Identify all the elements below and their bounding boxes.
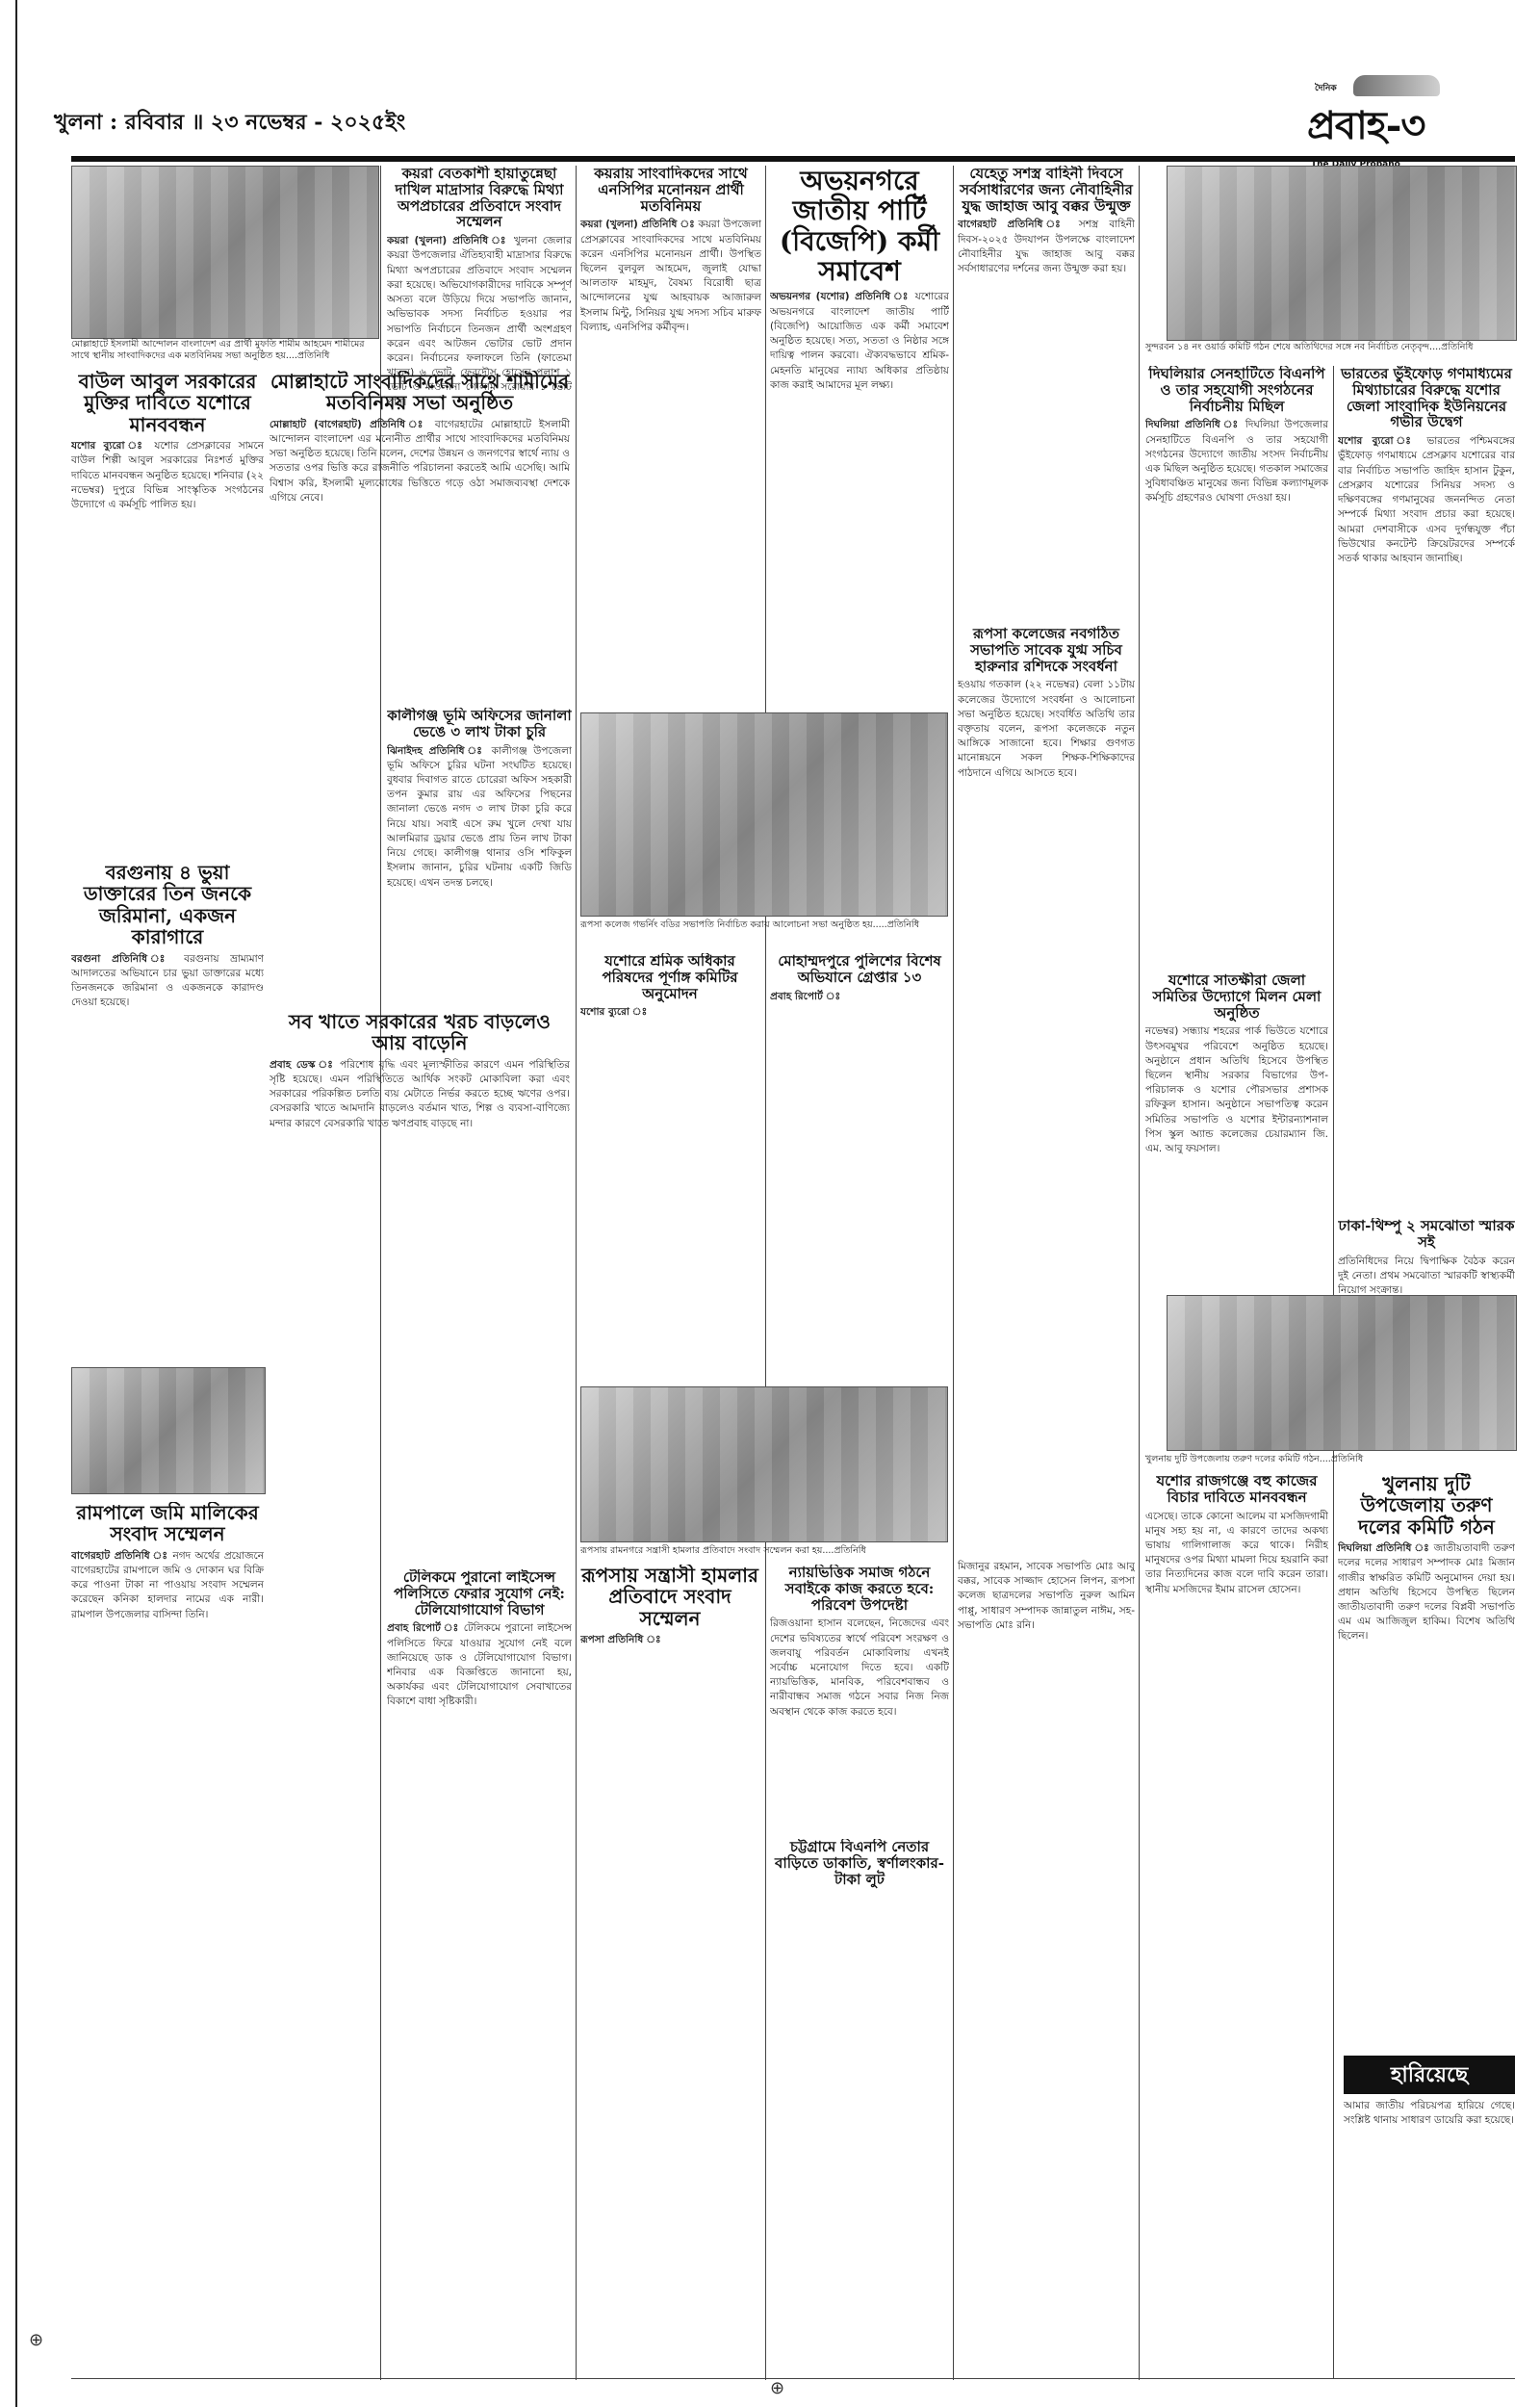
article-environment-adviser: ন্যায়ভিত্তিক সমাজ গঠনে সবাইকে কাজ করতে … [770, 1565, 949, 1834]
byline: প্রবাহ ডেস্ক ঃ [269, 1059, 335, 1071]
headline: যেহেতু সশস্ত্র বাহিনী দিবসে সর্বসাধারণের… [958, 166, 1135, 214]
byline: দিঘলিয়া প্রতিনিধি ঃ [1145, 419, 1240, 430]
byline: অভয়নগর (যশোর) প্রতিনিধি ঃ [770, 291, 910, 302]
article-body: দিঘলিয়া উপজেলার সেনহাটিতে বিএনপি ও তার … [1145, 419, 1328, 504]
photo-caption: রূপসায় রামনগরে সন্ত্রাসী হামলার প্রতিবা… [580, 1545, 946, 1557]
article-barguna-doctors: বরগুনায় ৪ ভুয়া ডাক্তারের তিন জনকে জরিম… [71, 862, 264, 1362]
article-baul-abul: বাউল আবুল সরকারের মুক্তির দাবিতে যশোরে ম… [71, 371, 264, 857]
article-body: হওয়ায় গতকাল (২২ নভেম্বর) বেলা ১১টায় ক… [958, 678, 1135, 781]
date-line: খুলনা : রবিবার ॥ ২৩ নভেম্বর - ২০২৫ইং [54, 106, 405, 142]
byline: কয়রা (খুলনা) প্রতিনিধি ঃ [387, 235, 508, 246]
photo-award [1167, 1295, 1517, 1451]
article-body: রিজওয়ানা হাসান বলেছেন, নিজেদের এবং দেশে… [770, 1617, 949, 1720]
registration-mark-icon: ⊕ [29, 2330, 43, 2350]
article-dighalia-bnp: দিঘলিয়ার সেনহাটিতে বিএনপি ও তার সহযোগী … [1145, 366, 1328, 963]
article-body: প্রতিনিধিদের নিয়ে দ্বিপাক্ষিক বৈঠক করেন… [1338, 1255, 1515, 1299]
headline: রূপসা কলেজের নবগঠিত সভাপতি সাবেক যুগ্ম স… [958, 626, 1135, 674]
photo-woman-press [71, 1367, 266, 1494]
byline: প্রবাহ রিপোর্ট ঃ [770, 991, 840, 1002]
masthead: খুলনা : রবিবার ॥ ২৩ নভেম্বর - ২০২৫ইং দৈন… [54, 89, 1527, 150]
headline: খুলনায় দুটি উপজেলায় তরুণ দলের কমিটি গঠ… [1338, 1473, 1515, 1538]
headline: রূপসায় সন্ত্রাসী হামলার প্রতিবাদে সংবাদ… [580, 1565, 759, 1629]
article-tarun-dal-committee: খুলনায় দুটি উপজেলায় তরুণ দলের কমিটি গঠ… [1338, 1473, 1515, 2051]
byline: কয়রা (খুলনা) প্রতিনিধি ঃ [580, 219, 695, 230]
article-jessore-journalists: ভারতের ভুঁইফোড় গণমাধ্যমের মিথ্যাচারের ব… [1338, 366, 1515, 1213]
headline: ভারতের ভুঁইফোড় গণমাধ্যমের মিথ্যাচারের ব… [1338, 366, 1515, 430]
column-divider [765, 166, 766, 2380]
article-mohammadpur-police: মোহাম্মদপুরে পুলিশের বিশেষ অভিযানে গ্রেপ… [770, 953, 949, 1386]
byline: বাগেরহাট প্রতিনিধি ঃ [958, 219, 1068, 230]
column-divider [1139, 166, 1140, 2380]
logo-cloud-icon [1353, 75, 1440, 96]
photo-caption: মোল্লাহাটে ইসলামী আন্দোলন বাংলাদেশ এর প্… [71, 339, 377, 363]
byline: বরগুনা প্রতিনিধি ঃ [71, 953, 173, 965]
photo-college-meeting [580, 712, 948, 917]
article-rupsa-chhatradal: মিজানুর রহমান, সাবেক সভাপতি মোঃ আবু বক্ক… [958, 1560, 1135, 2359]
article-body: ভারতের পশ্চিমবঙ্গের ভুঁইফোড় গণমাধ্যমে প… [1338, 435, 1515, 564]
headline: কয়রায় সাংবাদিকদের সাথে এনসিপির মনোনয়ন… [580, 166, 761, 214]
photo-caption: রূপসা কলেজ গভর্নিং বডির সভাপতি নির্বাচিত… [580, 919, 946, 931]
byline: যশোর ব্যুরো ঃ [1338, 435, 1417, 447]
article-body: এসেছে। তাকে কোনো আলেম বা মসজিদগামী মানুষ… [1145, 1510, 1328, 1597]
headline: যশোরে শ্রমিক অধিকার পরিষদের পূর্ণাঙ্গ কম… [580, 953, 759, 1001]
masthead-rule [71, 156, 1515, 162]
headline: চট্টগ্রামে বিএনপি নেতার বাড়িতে ডাকাতি, … [770, 1839, 949, 1887]
article-koyra-ncp: কয়রায় সাংবাদিকদের সাথে এনসিপির মনোনয়ন… [580, 166, 761, 705]
article-telecom-license: টেলিকমে পুরানো লাইসেন্স পলিসিতে ফেরার সু… [387, 1569, 572, 2340]
article-govt-expenditure: সব খাতে সরকারের খরচ বাড়লেও আয় বাড়েনি … [269, 1011, 570, 1569]
article-abhaynagar-bjp: অভয়নগরে জাতীয় পার্টি (বিজেপি) কর্মী সম… [770, 166, 949, 705]
article-navy-ship: যেহেতু সশস্ত্র বাহিনী দিবসে সর্বসাধারণের… [958, 166, 1135, 618]
article-body: যশোরের অভয়নগরে বাংলাদেশ জাতীয় পার্টি (… [770, 291, 949, 390]
headline: যশোর রাজগঞ্জে বহু কাজের বিচার দাবিতে মান… [1145, 1473, 1328, 1506]
byline: ঝিনাইদহ প্রতিনিধি ঃ [387, 745, 485, 757]
photo-caption: খুলনায় দুটি উপজেলায় তরুণ দলের কমিটি গঠ… [1145, 1454, 1511, 1465]
column-divider [576, 166, 577, 2380]
photo-meeting [71, 166, 379, 339]
byline: দিঘলিয়া প্রতিনিধি ঃ [1338, 1542, 1430, 1554]
headline: সব খাতে সরকারের খরচ বাড়লেও আয় বাড়েনি [269, 1011, 570, 1054]
article-rupsa-attack: রূপসায় সন্ত্রাসী হামলার প্রতিবাদে সংবাদ… [580, 1565, 759, 2354]
headline: রামপালে জমি মালিকের সংবাদ সম্মেলন [71, 1502, 264, 1545]
article-rampal-land: রামপালে জমি মালিকের সংবাদ সম্মেলন বাগেরহ… [71, 1502, 264, 2368]
article-body: কালীগঞ্জ উপজেলা ভূমি অফিসে চুরির ঘটনা সং… [387, 745, 572, 889]
byline: রূপসা প্রতিনিধি ঃ [580, 1634, 661, 1645]
article-rupsa-college: রূপসা কলেজের নবগঠিত সভাপতি সাবেক যুগ্ম স… [958, 626, 1135, 1203]
article-body: টেলিকমে পুরানো লাইসেন্স পলিসিতে ফিরে যাও… [387, 1622, 572, 1707]
headline: কালীগঞ্জ ভূমি অফিসের জানালা ভেঙে ৩ লাখ ট… [387, 708, 572, 740]
headline: বরগুনায় ৪ ভুয়া ডাক্তারের তিন জনকে জরিম… [71, 862, 264, 948]
headline: বাউল আবুল সরকারের মুক্তির দাবিতে যশোরে ম… [71, 371, 264, 435]
article-body: নভেম্বর) সন্ধ্যায় শহরের পার্ক ভিউতে যশো… [1145, 1024, 1328, 1156]
lost-notice-body: আমার জাতীয় পরিচয়পত্র হারিয়ে গেছে। সংশ… [1344, 2099, 1515, 2128]
headline: মোহাম্মদপুরে পুলিশের বিশেষ অভিযানে গ্রেপ… [770, 953, 949, 986]
article-body: মিজানুর রহমান, সাবেক সভাপতি মোঃ আবু বক্ক… [958, 1560, 1135, 1633]
bottom-rule [71, 2378, 1515, 2379]
registration-mark-icon: ⊕ [770, 2378, 784, 2398]
article-body: জাতীয়তাবাদী তরুণ দলের দলের সাধারণ সম্পা… [1338, 1542, 1515, 1642]
column-divider [953, 166, 954, 2380]
byline: প্রবাহ রিপোর্ট ঃ [387, 1622, 459, 1634]
headline: যশোরে সাতক্ষীরা জেলা সমিতির উদ্যোগে মিলন… [1145, 972, 1328, 1021]
article-body: খুলনা জেলার কয়রা উপজেলার ঐতিহ্যবাহী মাদ… [387, 235, 572, 407]
photo-caption: সুন্দরবন ১৪ নং ওয়ার্ড কমিটি গঠন শেষে অত… [1145, 342, 1511, 353]
headline: ঢাকা-থিম্পু ২ সমঝোতা স্মারক সই [1338, 1218, 1515, 1251]
lost-notice: আমার জাতীয় পরিচয়পত্র হারিয়ে গেছে। সংশ… [1344, 2099, 1515, 2186]
article-koyra-madrasa: কয়রা বেতকাশী হায়াতুন্নেছা দাখিল মাদ্রা… [387, 166, 572, 705]
headline: কয়রা বেতকাশী হায়াতুন্নেছা দাখিল মাদ্রা… [387, 166, 572, 230]
photo-press-conference [580, 1386, 948, 1542]
newspaper-logo: দৈনিক প্রবাহ-৩ The Daily Probaho [1307, 81, 1519, 144]
photo-group [1167, 166, 1517, 341]
byline: বাগেরহাট প্রতিনিধি ঃ [71, 1550, 168, 1562]
headline: ন্যায়ভিত্তিক সমাজ গঠনে সবাইকে কাজ করতে … [770, 1565, 949, 1613]
headline: টেলিকমে পুরানো লাইসেন্স পলিসিতে ফেরার সু… [387, 1569, 572, 1618]
headline: অভয়নগরে জাতীয় পার্টি (বিজেপি) কর্মী সম… [770, 166, 949, 286]
lost-notice-title: হারিয়েছে [1344, 2056, 1515, 2094]
headline: দিঘলিয়ার সেনহাটিতে বিএনপি ও তার সহযোগী … [1145, 366, 1328, 414]
byline: যশোর ব্যুরো ঃ [580, 1006, 647, 1018]
byline: যশোর ব্যুরো ঃ [71, 440, 146, 452]
article-chattogram-robbery: চট্টগ্রামে বিএনপি নেতার বাড়িতে ডাকাতি, … [770, 1839, 949, 2359]
article-rajganj-human-chain: যশোর রাজগঞ্জে বহু কাজের বিচার দাবিতে মান… [1145, 1473, 1328, 2359]
article-body: কয়রা উপজেলা প্রেসক্লাবের সাংবাদিকদের সা… [580, 219, 761, 333]
logo-title: প্রবাহ-৩ [1307, 95, 1519, 160]
